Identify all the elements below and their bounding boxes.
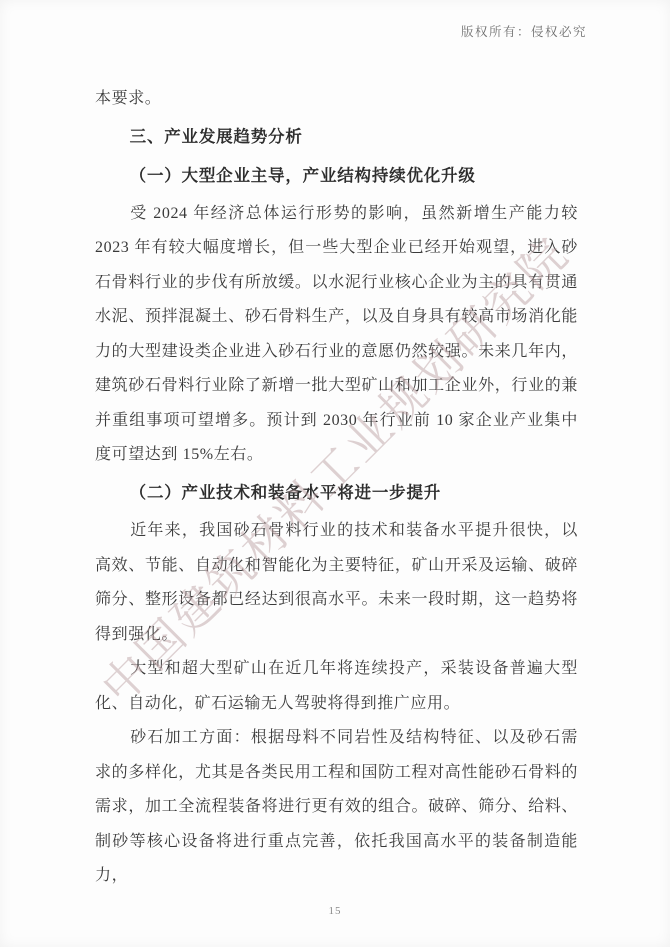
document-page: 版权所有：侵权必究 本要求。 三、产业发展趋势分析 （一）大型企业主导，产业结构…	[0, 0, 670, 947]
section-1-paragraph-1: 受 2024 年经济总体运行形势的影响，虽然新增生产能力较 2023 年有较大幅…	[95, 197, 578, 473]
section-2-paragraph-3: 砂石加工方面：根据母料不同岩性及结构特征、以及砂石需求的多样化，尤其是各类民用工…	[95, 721, 578, 894]
carryover-paragraph-tail: 本要求。	[95, 82, 578, 117]
section-2-paragraph-2: 大型和超大型矿山在近几年将连续投产，采装设备普遍大型化、自动化，矿石运输无人驾驶…	[95, 652, 578, 721]
section-2-paragraph-1: 近年来，我国砂石骨料行业的技术和装备水平提升很快，以高效、节能、自动化和智能化为…	[95, 514, 578, 652]
chapter-heading: 三、产业发展趋势分析	[95, 120, 578, 155]
page-number: 15	[0, 905, 670, 917]
section-1-heading: （一）大型企业主导，产业结构持续优化升级	[95, 159, 578, 194]
document-body: 本要求。 三、产业发展趋势分析 （一）大型企业主导，产业结构持续优化升级 受 2…	[95, 82, 578, 894]
copyright-notice: 版权所有：侵权必究	[461, 22, 587, 40]
section-2-heading: （二）产业技术和装备水平将进一步提升	[95, 476, 578, 511]
